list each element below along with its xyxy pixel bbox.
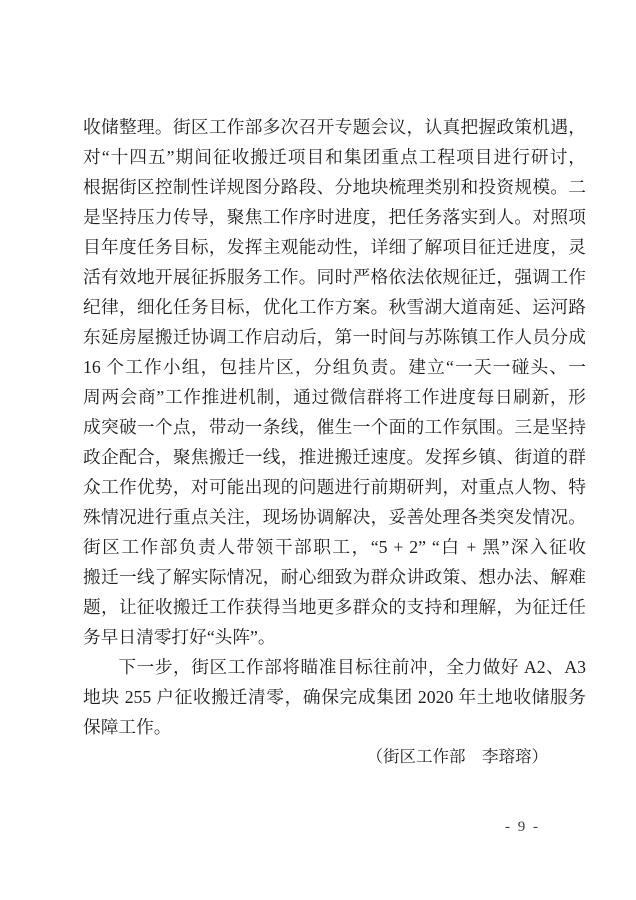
body-line: 题，让征收搬迁工作获得当地更多群众的支持和理解，为征迁任 [83, 592, 586, 622]
body-line: 纪律，细化任务目标，优化工作方案。秋雪湖大道南延、运河路 [83, 292, 586, 322]
body-line: 目年度任务目标，发挥主观能动性，详细了解项目征迁进度，灵 [83, 232, 586, 262]
body-text: 收储整理。街区工作部多次召开专题会议，认真把握政策机遇，对“十四五”期间征收搬迁… [83, 112, 586, 742]
body-line: 务早日清零打好“头阵”。 [83, 622, 586, 652]
body-line: 活有效地开展征拆服务工作。同时严格依法依规征迁，强调工作 [83, 262, 586, 292]
page-number: - 9 - [505, 817, 540, 837]
body-line: 下一步，街区工作部将瞄准目标往前冲，全力做好 A2、A3 [83, 652, 586, 682]
body-line: 街区工作部负责人带领干部职工，“5 + 2” “白 + 黑”深入征收 [83, 532, 586, 562]
signature-line: （街区工作部 李瑢瑢） [83, 742, 586, 772]
body-line: 政企配合，聚焦搬迁一线，推进搬迁速度。发挥乡镇、街道的群 [83, 442, 586, 472]
body-line: 保障工作。 [83, 712, 586, 742]
body-line: 是坚持压力传导，聚焦工作序时进度，把任务落实到人。对照项 [83, 202, 586, 232]
body-line: 殊情况进行重点关注，现场协调解决，妥善处理各类突发情况。 [83, 502, 586, 532]
body-line: 周两会商”工作推进机制，通过微信群将工作进度每日刷新，形 [83, 382, 586, 412]
body-line: 众工作优势，对可能出现的问题进行前期研判，对重点人物、特 [83, 472, 586, 502]
body-line: 东延房屋搬迁协调工作启动后，第一时间与苏陈镇工作人员分成 [83, 322, 586, 352]
body-line: 收储整理。街区工作部多次召开专题会议，认真把握政策机遇， [83, 112, 586, 142]
body-line: 搬迁一线了解实际情况，耐心细致为群众讲政策、想办法、解难 [83, 562, 586, 592]
body-line: 对“十四五”期间征收搬迁项目和集团重点工程项目进行研讨， [83, 142, 586, 172]
body-line: 地块 255 户征收搬迁清零，确保完成集团 2020 年土地收储服务 [83, 682, 586, 712]
body-line: 成突破一个点，带动一条线，催生一个面的工作氛围。三是坚持 [83, 412, 586, 442]
document-page: 收储整理。街区工作部多次召开专题会议，认真把握政策机遇，对“十四五”期间征收搬迁… [0, 0, 636, 900]
document-body: 收储整理。街区工作部多次召开专题会议，认真把握政策机遇，对“十四五”期间征收搬迁… [83, 112, 586, 772]
body-line: 16 个工作小组，包挂片区，分组负责。建立“一天一碰头、一 [83, 352, 586, 382]
body-line: 根据街区控制性详规图分路段、分地块梳理类别和投资规模。二 [83, 172, 586, 202]
